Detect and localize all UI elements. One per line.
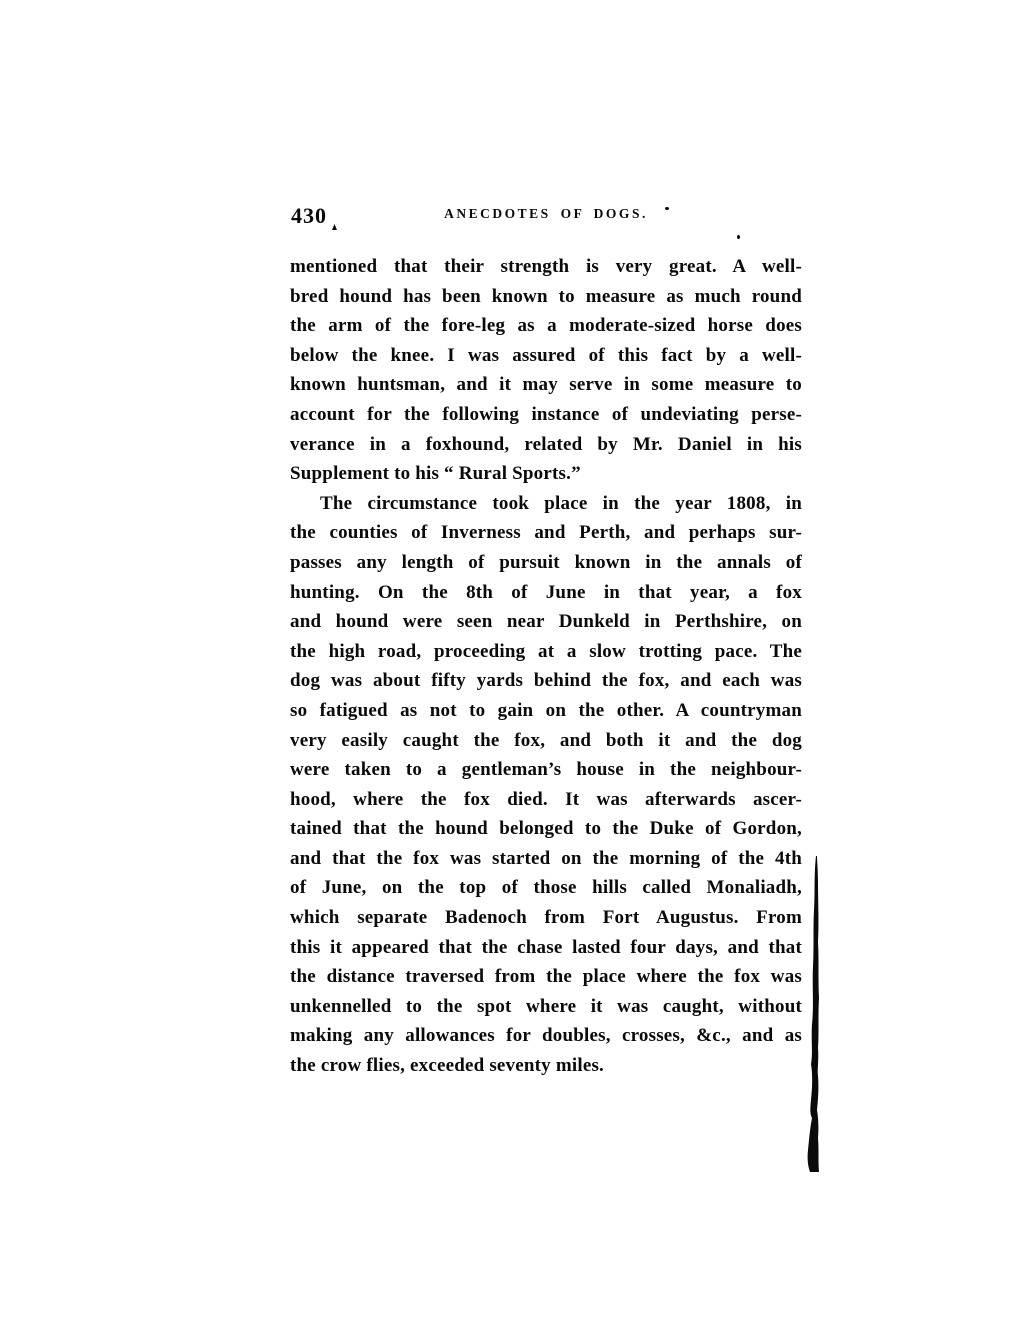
text-line: Supplement to his “ Rural Sports.”	[290, 459, 802, 489]
page-header: 430 ANECDOTES OF DOGS.	[290, 203, 802, 229]
text-line: the arm of the fore-leg as a moderate-si…	[290, 311, 802, 341]
text-line: so fatigued as not to gain on the other.…	[290, 696, 802, 726]
running-title: ANECDOTES OF DOGS.	[290, 206, 802, 222]
text-line: The circumstance took place in the year …	[290, 489, 802, 519]
text-line: passes any length of pursuit known in th…	[290, 548, 802, 578]
text-line: making any allowances for doubles, cross…	[290, 1021, 802, 1051]
text-line: below the knee. I was assured of this fa…	[290, 341, 802, 371]
ink-speck	[665, 207, 669, 210]
text-line: the high road, proceeding at a slow trot…	[290, 637, 802, 667]
text-line: the counties of Inverness and Perth, and…	[290, 518, 802, 548]
text-line: which separate Badenoch from Fort August…	[290, 903, 802, 933]
text-line: the distance traversed from the place wh…	[290, 962, 802, 992]
text-line: known huntsman, and it may serve in some…	[290, 370, 802, 400]
text-line: very easily caught the fox, and both it …	[290, 726, 802, 756]
text-line: account for the following instance of un…	[290, 400, 802, 430]
text-line: unkennelled to the spot where it was cau…	[290, 992, 802, 1022]
ink-speck	[737, 235, 740, 239]
scan-artifact	[803, 848, 825, 1178]
text-line: and that the fox was started on the morn…	[290, 844, 802, 874]
text-line: this it appeared that the chase lasted f…	[290, 933, 802, 963]
text-line: hunting. On the 8th of June in that year…	[290, 578, 802, 608]
text-line: verance in a foxhound, related by Mr. Da…	[290, 430, 802, 460]
text-line: tained that the hound belonged to the Du…	[290, 814, 802, 844]
text-line: were taken to a gentleman’s house in the…	[290, 755, 802, 785]
text-line: mentioned that their strength is very gr…	[290, 252, 802, 282]
text-line: hood, where the fox died. It was afterwa…	[290, 785, 802, 815]
text-line: the crow flies, exceeded seventy miles.	[290, 1051, 802, 1081]
text-line: and hound were seen near Dunkeld in Pert…	[290, 607, 802, 637]
text-line: dog was about fifty yards behind the fox…	[290, 666, 802, 696]
text-block: mentioned that their strength is very gr…	[290, 252, 802, 1081]
book-page: 430 ANECDOTES OF DOGS. mentioned that th…	[0, 0, 1033, 1339]
text-line: bred hound has been known to measure as …	[290, 282, 802, 312]
text-line: of June, on the top of those hills calle…	[290, 873, 802, 903]
